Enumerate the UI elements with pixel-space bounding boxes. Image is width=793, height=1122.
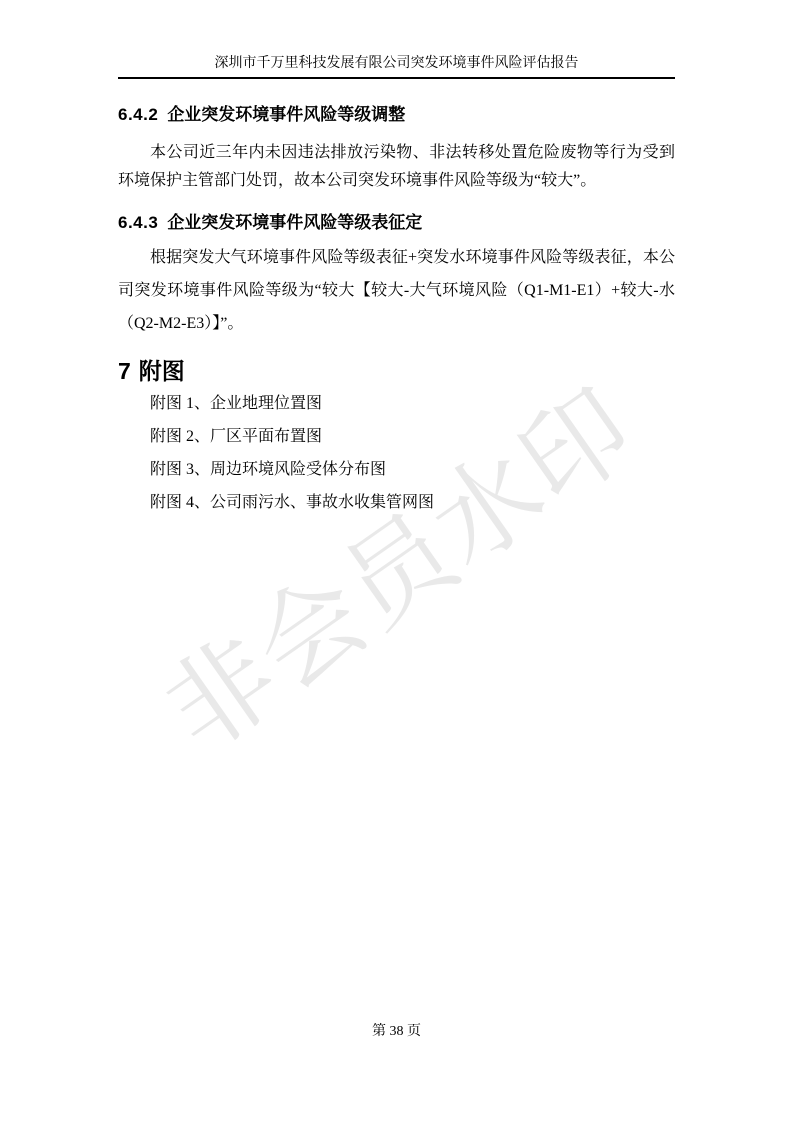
section-paragraph-6-4-3: 根据突发大气环境事件风险等级表征+突发水环境事件风险等级表征，本公司突发环境事件…: [118, 241, 675, 340]
document-page: 非会员水印 深圳市千万里科技发展有限公司突发环境事件风险评估报告 6.4.2企业…: [0, 0, 793, 1122]
figure-list: 附图 1、企业地理位置图 附图 2、厂区平面布置图 附图 3、周边环境风险受体分…: [118, 387, 675, 519]
header-title: 深圳市千万里科技发展有限公司突发环境事件风险评估报告: [215, 55, 579, 77]
figure-list-item-3: 附图 3、周边环境风险受体分布图: [150, 453, 675, 486]
chapter-heading-7: 7附图: [118, 357, 675, 385]
page-header: 深圳市千万里科技发展有限公司突发环境事件风险评估报告: [118, 0, 675, 79]
chapter-number: 7: [118, 358, 131, 384]
figure-list-item-2: 附图 2、厂区平面布置图: [150, 420, 675, 453]
section-heading-6-4-3: 6.4.3企业突发环境事件风险等级表征定: [118, 212, 675, 234]
section-number: 6.4.2: [118, 105, 158, 124]
figure-list-item-4: 附图 4、公司雨污水、事故水收集管网图: [150, 486, 675, 519]
section-heading-6-4-2: 6.4.2企业突发环境事件风险等级调整: [118, 104, 675, 126]
page-footer: 第 38 页: [0, 1022, 793, 1042]
section-number: 6.4.3: [118, 213, 158, 232]
figure-list-item-1: 附图 1、企业地理位置图: [150, 387, 675, 420]
chapter-title: 附图: [139, 358, 185, 384]
section-title: 企业突发环境事件风险等级调整: [167, 105, 405, 124]
section-paragraph-6-4-2: 本公司近三年内未因违法排放污染物、非法转移处置危险废物等行为受到环境保护主管部门…: [118, 139, 675, 195]
page-number: 第 38 页: [372, 1024, 421, 1039]
section-title: 企业突发环境事件风险等级表征定: [167, 213, 422, 232]
document-body: 6.4.2企业突发环境事件风险等级调整 本公司近三年内未因违法排放污染物、非法转…: [118, 79, 675, 519]
